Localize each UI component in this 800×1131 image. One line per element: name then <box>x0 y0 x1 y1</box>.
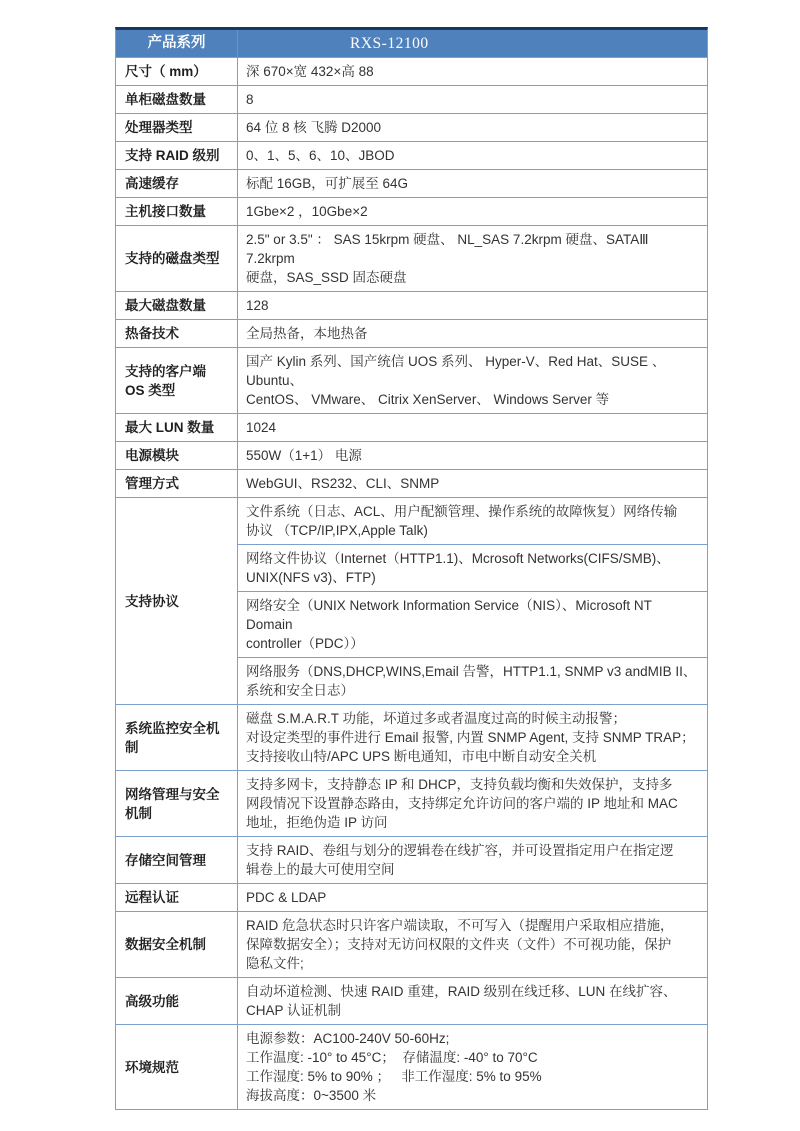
row-value-cell: 深 670×宽 432×高 88 <box>238 58 707 85</box>
row-label-cell: 支持 RAID 级别 <box>116 142 238 169</box>
row-value: 2.5" or 3.5" ： SAS 15krpm 硬盘、 NL_SAS 7.2… <box>246 230 701 287</box>
row-value: 自动坏道检测、快速 RAID 重建，RAID 级别在线迁移、LUN 在线扩容、 … <box>246 982 677 1020</box>
row-value-cell: WebGUI、RS232、CLI、SNMP <box>238 470 707 497</box>
row-value-cell: 支持 RAID、卷组与划分的逻辑卷在线扩容，并可设置指定用户在指定逻 辑卷上的最… <box>238 837 707 883</box>
row-value: 电源参数：AC100-240V 50-60Hz; 工作温度: -10° to 4… <box>246 1029 542 1105</box>
row-value-cell: 1024 <box>238 414 707 441</box>
row-label-cell: 电源模块 <box>116 442 238 469</box>
header-label: 产品系列 <box>148 34 206 53</box>
protocol-subrow-network-file: 网络文件协议（Internet（HTTP1.1)、Mcrosoft Networ… <box>238 545 707 592</box>
row-label-cell: 环境规范 <box>116 1025 238 1109</box>
row-label-cell: 支持的磁盘类型 <box>116 226 238 291</box>
row-label: 单柜磁盘数量 <box>125 90 206 109</box>
row-label-cell: 处理器类型 <box>116 114 238 141</box>
row-value: 1024 <box>246 418 276 437</box>
row-label-cell: 网络管理与安全 机制 <box>116 771 238 836</box>
row-label-cell: 系统监控安全机 制 <box>116 705 238 770</box>
protocol-subrow-network-security: 网络安全（UNIX Network Information Service（NI… <box>238 592 707 658</box>
row-value: RAID 危急状态时只许客户端读取，不可写入（提醒用户采取相应措施， 保障数据安… <box>246 916 674 973</box>
row-label: 尺寸（ mm） <box>125 62 207 81</box>
row-value-cell: 550W（1+1） 电源 <box>238 442 707 469</box>
spec-row-power-module: 电源模块 550W（1+1） 电源 <box>116 442 707 470</box>
row-label: 支持协议 <box>125 592 179 611</box>
subrow-value: 网络安全（UNIX Network Information Service（NI… <box>246 596 701 653</box>
row-value: WebGUI、RS232、CLI、SNMP <box>246 474 439 493</box>
row-label: 存储空间管理 <box>125 851 206 870</box>
row-value-cell: RAID 危急状态时只许客户端读取，不可写入（提醒用户采取相应措施， 保障数据安… <box>238 912 707 977</box>
row-label-cell: 远程认证 <box>116 884 238 911</box>
row-label-cell: 数据安全机制 <box>116 912 238 977</box>
row-label: 支持的磁盘类型 <box>125 249 220 268</box>
spec-row-storage-space: 存储空间管理 支持 RAID、卷组与划分的逻辑卷在线扩容，并可设置指定用户在指定… <box>116 837 707 884</box>
subrow-value: 网络服务（DNS,DHCP,WINS,Email 告警，HTTP1.1, SNM… <box>246 662 696 700</box>
page: 产品系列 RXS-12100 尺寸（ mm） 深 670×宽 432×高 88 … <box>0 0 800 1131</box>
row-value-cell: 1Gbe×2 ，10Gbe×2 <box>238 198 707 225</box>
row-label-cell: 支持的客户端 OS 类型 <box>116 348 238 413</box>
spec-row-raid-levels: 支持 RAID 级别 0、1、5、6、10、JBOD <box>116 142 707 170</box>
row-label: 最大 LUN 数量 <box>125 418 214 437</box>
row-label: 热备技术 <box>125 324 179 343</box>
row-value-cell: PDC & LDAP <box>238 884 707 911</box>
row-value-cell: 电源参数：AC100-240V 50-60Hz; 工作温度: -10° to 4… <box>238 1025 707 1109</box>
spec-row-remote-auth: 远程认证 PDC & LDAP <box>116 884 707 912</box>
row-label: 电源模块 <box>125 446 179 465</box>
row-label-cell: 最大 LUN 数量 <box>116 414 238 441</box>
row-value-cell: 2.5" or 3.5" ： SAS 15krpm 硬盘、 NL_SAS 7.2… <box>238 226 707 291</box>
row-label-cell: 高速缓存 <box>116 170 238 197</box>
spec-row-data-security: 数据安全机制 RAID 危急状态时只许客户端读取，不可写入（提醒用户采取相应措施… <box>116 912 707 978</box>
table-header-row: 产品系列 RXS-12100 <box>116 30 707 58</box>
spec-row-environment: 环境规范 电源参数：AC100-240V 50-60Hz; 工作温度: -10°… <box>116 1025 707 1110</box>
spec-row-disks-per-enclosure: 单柜磁盘数量 8 <box>116 86 707 114</box>
row-label: 处理器类型 <box>125 118 193 137</box>
row-value-cell: 8 <box>238 86 707 113</box>
spec-row-protocols: 支持协议 文件系统（日志、ACL、用户配额管理、操作系统的故障恢复）网络传输 协… <box>116 498 707 705</box>
row-label: 系统监控安全机 制 <box>125 719 220 757</box>
spec-row-advanced-features: 高级功能 自动坏道检测、快速 RAID 重建，RAID 级别在线迁移、LUN 在… <box>116 978 707 1025</box>
row-label: 高级功能 <box>125 992 179 1011</box>
row-value: 550W（1+1） 电源 <box>246 446 362 465</box>
row-value: 支持 RAID、卷组与划分的逻辑卷在线扩容，并可设置指定用户在指定逻 辑卷上的最… <box>246 841 674 879</box>
row-value-cell: 国产 Kylin 系列、国产统信 UOS 系列、 Hyper-V、Red Hat… <box>238 348 707 413</box>
row-label-cell: 热备技术 <box>116 320 238 347</box>
row-value-cell: 磁盘 S.M.A.R.T 功能，坏道过多或者温度过高的时候主动报警； 对设定类型… <box>238 705 707 770</box>
row-label: 远程认证 <box>125 888 179 907</box>
row-value: 标配 16GB，可扩展至 64G <box>246 174 408 193</box>
spec-row-cache: 高速缓存 标配 16GB，可扩展至 64G <box>116 170 707 198</box>
row-value: 深 670×宽 432×高 88 <box>246 62 374 81</box>
protocol-subrows: 文件系统（日志、ACL、用户配额管理、操作系统的故障恢复）网络传输 协议 （TC… <box>238 498 707 704</box>
row-value-cell: 自动坏道检测、快速 RAID 重建，RAID 级别在线迁移、LUN 在线扩容、 … <box>238 978 707 1024</box>
spec-row-dimensions: 尺寸（ mm） 深 670×宽 432×高 88 <box>116 58 707 86</box>
spec-row-hot-spare: 热备技术 全局热备，本地热备 <box>116 320 707 348</box>
spec-row-processor: 处理器类型 64 位 8 核 飞腾 D2000 <box>116 114 707 142</box>
spec-row-host-ports: 主机接口数量 1Gbe×2 ，10Gbe×2 <box>116 198 707 226</box>
row-label-cell: 尺寸（ mm） <box>116 58 238 85</box>
spec-row-client-os: 支持的客户端 OS 类型 国产 Kylin 系列、国产统信 UOS 系列、 Hy… <box>116 348 707 414</box>
row-value: 8 <box>246 90 254 109</box>
spec-row-management: 管理方式 WebGUI、RS232、CLI、SNMP <box>116 470 707 498</box>
row-label: 数据安全机制 <box>125 935 206 954</box>
row-label-cell: 管理方式 <box>116 470 238 497</box>
product-spec-table: 产品系列 RXS-12100 尺寸（ mm） 深 670×宽 432×高 88 … <box>115 27 708 1110</box>
spec-row-monitoring-security: 系统监控安全机 制 磁盘 S.M.A.R.T 功能，坏道过多或者温度过高的时候主… <box>116 705 707 771</box>
row-label: 高速缓存 <box>125 174 179 193</box>
row-value: 128 <box>246 296 269 315</box>
row-value: 全局热备，本地热备 <box>246 324 368 343</box>
header-label-cell: 产品系列 <box>116 30 238 57</box>
row-label: 支持的客户端 OS 类型 <box>125 362 206 400</box>
subrow-value: 文件系统（日志、ACL、用户配额管理、操作系统的故障恢复）网络传输 协议 （TC… <box>246 502 677 540</box>
row-value-cell: 128 <box>238 292 707 319</box>
row-label-cell: 主机接口数量 <box>116 198 238 225</box>
spec-row-network-management: 网络管理与安全 机制 支持多网卡，支持静态 IP 和 DHCP，支持负载均衡和失… <box>116 771 707 837</box>
protocol-subrow-file-system: 文件系统（日志、ACL、用户配额管理、操作系统的故障恢复）网络传输 协议 （TC… <box>238 498 707 545</box>
row-label: 最大磁盘数量 <box>125 296 206 315</box>
row-value: 64 位 8 核 飞腾 D2000 <box>246 118 381 137</box>
spec-row-max-lun: 最大 LUN 数量 1024 <box>116 414 707 442</box>
row-value-cell: 标配 16GB，可扩展至 64G <box>238 170 707 197</box>
row-value: 国产 Kylin 系列、国产统信 UOS 系列、 Hyper-V、Red Hat… <box>246 352 701 409</box>
row-value-cell: 支持多网卡，支持静态 IP 和 DHCP，支持负载均衡和失效保护，支持多 网段情… <box>238 771 707 836</box>
spec-row-disk-types: 支持的磁盘类型 2.5" or 3.5" ： SAS 15krpm 硬盘、 NL… <box>116 226 707 292</box>
row-label: 环境规范 <box>125 1058 179 1077</box>
row-value: 0、1、5、6、10、JBOD <box>246 146 395 165</box>
row-label: 主机接口数量 <box>125 202 206 221</box>
row-label-cell: 高级功能 <box>116 978 238 1024</box>
product-model: RXS-12100 <box>350 34 429 53</box>
spec-row-max-disks: 最大磁盘数量 128 <box>116 292 707 320</box>
row-label: 网络管理与安全 机制 <box>125 785 220 823</box>
row-value: 支持多网卡，支持静态 IP 和 DHCP，支持负载均衡和失效保护，支持多 网段情… <box>246 775 678 832</box>
protocol-subrow-network-services: 网络服务（DNS,DHCP,WINS,Email 告警，HTTP1.1, SNM… <box>238 658 707 704</box>
row-value-cell: 全局热备，本地热备 <box>238 320 707 347</box>
row-label-cell: 支持协议 <box>116 498 238 704</box>
header-value-cell: RXS-12100 <box>238 30 707 57</box>
row-value: 1Gbe×2 ，10Gbe×2 <box>246 202 368 221</box>
row-label: 管理方式 <box>125 474 179 493</box>
row-value: PDC & LDAP <box>246 888 326 907</box>
row-label-cell: 最大磁盘数量 <box>116 292 238 319</box>
row-value: 磁盘 S.M.A.R.T 功能，坏道过多或者温度过高的时候主动报警； 对设定类型… <box>246 709 695 766</box>
row-label-cell: 单柜磁盘数量 <box>116 86 238 113</box>
row-value-cell: 64 位 8 核 飞腾 D2000 <box>238 114 707 141</box>
row-label: 支持 RAID 级别 <box>125 146 220 165</box>
subrow-value: 网络文件协议（Internet（HTTP1.1)、Mcrosoft Networ… <box>246 549 670 587</box>
row-value-cell: 0、1、5、6、10、JBOD <box>238 142 707 169</box>
row-label-cell: 存储空间管理 <box>116 837 238 883</box>
